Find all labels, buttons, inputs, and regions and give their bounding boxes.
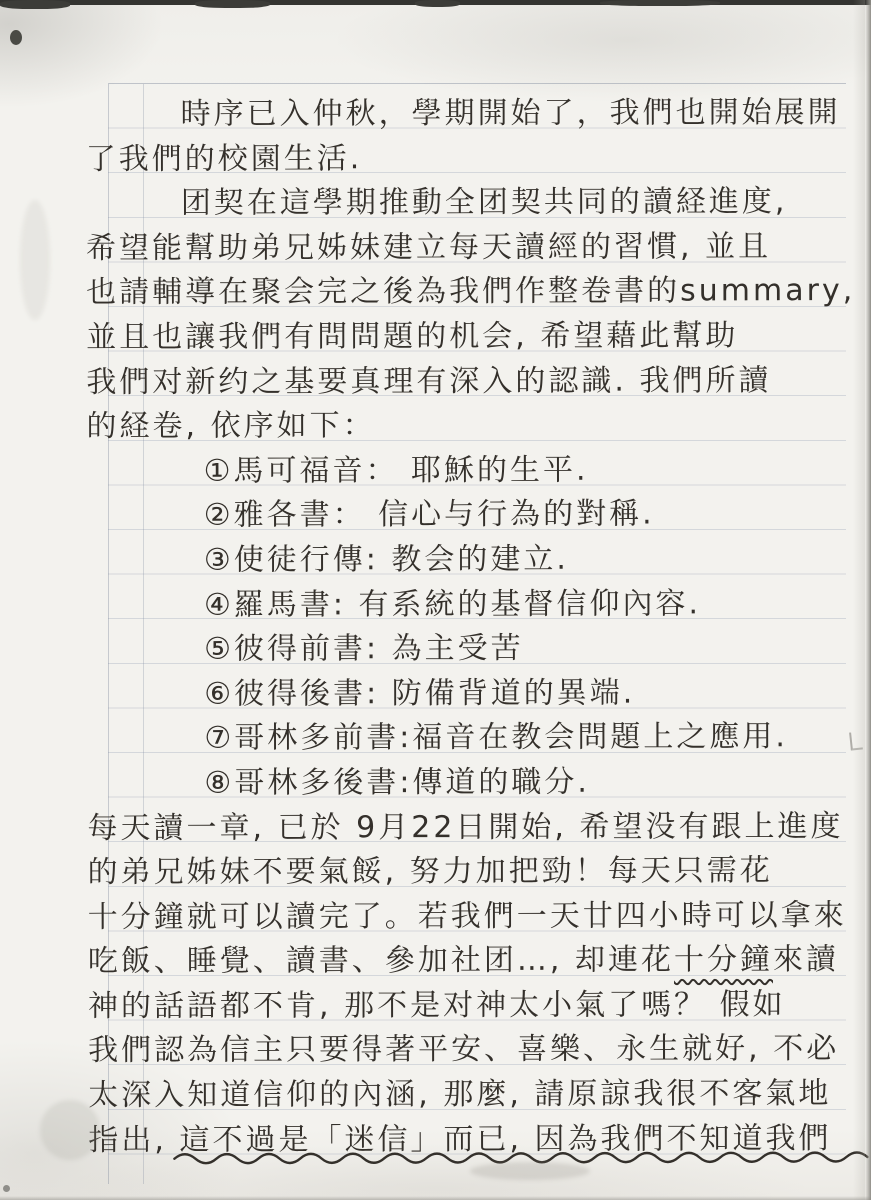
handwritten-line: ①馬可福音： 耶穌的生平. xyxy=(87,448,849,495)
scan-edge-blob xyxy=(195,0,270,8)
text-segment: 的経卷, 依序如下： xyxy=(86,408,375,444)
handwritten-line: 指出, 這不過是「迷信」而已, 因為我們不知道我們 xyxy=(88,1117,850,1164)
staple-mark xyxy=(10,30,22,45)
text-segment: 太深入知道信仰的內涵, 那麼, 請原諒我很不客氣地 xyxy=(88,1076,831,1113)
paper-smudge xyxy=(470,1162,590,1180)
scan-edge-blob xyxy=(600,0,720,6)
manuscript: 時序已入仲秋，學期開始了，我們也開始展開了我們的校園生活.团契在這學期推動全团契… xyxy=(86,91,851,1163)
wavy-underlined-text: 十分鐘 xyxy=(674,942,773,977)
corner-speck xyxy=(3,1185,10,1192)
handwritten-line: 的経卷, 依序如下： xyxy=(86,403,848,450)
handwritten-line: ⑥彼得後書: 防備背道的異端. xyxy=(87,671,849,718)
scanned-page: 時序已入仲秋，學期開始了，我們也開始展開了我們的校園生活.团契在這學期推動全团契… xyxy=(0,0,871,1200)
text-segment: ⑤彼得前書: 為主受苦 xyxy=(204,631,524,667)
text-segment: ③使徒行傳: 教会的建立. xyxy=(204,542,569,578)
scan-edge-blob xyxy=(0,0,70,9)
text-segment: 希望能幫助弟兄姊妹建立每天讀經的習慣, 並且 xyxy=(86,229,771,266)
text-segment: ④羅馬書: 有系統的基督信仰內容. xyxy=(204,586,701,622)
text-segment: 吃飯、睡覺、讀書、參加社团…, 却連花 xyxy=(88,943,674,980)
scan-right-shadow xyxy=(853,0,865,1200)
handwritten-line: ⑧哥林多後書:傳道的職分. xyxy=(87,760,849,807)
text-segment: 十分鐘就可以讀完了。若我們一天廿四小時可以拿來 xyxy=(88,898,847,935)
handwritten-line: 我們認為信主只要得著平安、喜樂、永生就好, 不必 xyxy=(88,1027,850,1074)
text-segment: 時序已入仲秋，學期開始了，我們也開始展開 xyxy=(181,95,841,132)
scan-bottom-edge xyxy=(0,1196,871,1200)
text-segment: 每天讀一章, 已於 9月22日開始, 希望没有跟上進度 xyxy=(87,809,843,846)
pencil-mark xyxy=(849,731,863,750)
handwritten-line: 团契在這學期推動全团契共同的讀経進度, xyxy=(86,180,848,227)
paper-smudge xyxy=(40,1100,100,1160)
text-segment: 团契在這學期推動全团契共同的讀経進度, xyxy=(181,184,788,221)
text-segment: 來讀 xyxy=(773,942,839,977)
handwritten-line: 每天讀一章, 已於 9月22日開始, 希望没有跟上進度 xyxy=(87,805,849,852)
scan-edge-blob xyxy=(415,0,460,7)
handwritten-line: 了我們的校園生活. xyxy=(86,136,848,183)
text-segment: ⑦哥林多前書:福音在教会問題上之應用. xyxy=(204,719,788,756)
text-segment: ⑧哥林多後書:傳道的職分. xyxy=(204,765,590,801)
handwritten-line: 我們对新约之基要真理有深入的認識. 我們所讀 xyxy=(86,359,848,406)
handwritten-line: 也請輔導在聚会完之後為我們作整卷書的summary, xyxy=(86,269,848,316)
text-segment: ⑥彼得後書: 防備背道的異端. xyxy=(204,675,635,711)
handwritten-line: ⑦哥林多前書:福音在教会問題上之應用. xyxy=(87,715,849,762)
text-segment: ②雅各書： 信心与行為的對稱. xyxy=(204,497,655,533)
paper-smudge xyxy=(20,200,50,320)
text-segment: 我們認為信主只要得著平安、喜樂、永生就好, 不必 xyxy=(88,1031,839,1068)
handwritten-line: 時序已入仲秋，學期開始了，我們也開始展開 xyxy=(86,91,848,138)
handwritten-line: 希望能幫助弟兄姊妹建立每天讀經的習慣, 並且 xyxy=(86,225,848,272)
handwritten-line: ⑤彼得前書: 為主受苦 xyxy=(87,626,849,673)
handwritten-line: ③使徒行傳: 教会的建立. xyxy=(87,537,849,584)
wavy-underlined-text: 這不過是「迷信」而已, 因為我們不知道我們 xyxy=(179,1121,831,1158)
scan-right-edge xyxy=(865,0,871,1200)
text-segment: 並且也讓我們有問問題的机会, 希望藉此幫助 xyxy=(86,318,738,355)
handwritten-line: 十分鐘就可以讀完了。若我們一天廿四小時可以拿來 xyxy=(88,894,850,941)
handwritten-line: ②雅各書： 信心与行為的對稱. xyxy=(87,492,849,539)
text-segment: ①馬可福音： 耶穌的生平. xyxy=(204,452,589,488)
handwritten-line: 太深入知道信仰的內涵, 那麼, 請原諒我很不客氣地 xyxy=(88,1072,850,1119)
text-segment: 的弟兄姊妹不要氣餒, 努力加把勁！每天只需花 xyxy=(88,853,773,890)
text-segment: 也請輔導在聚会完之後為我們作整卷書的summary, xyxy=(86,273,855,310)
handwritten-line: ④羅馬書: 有系統的基督信仰內容. xyxy=(87,582,849,629)
handwritten-line: 的弟兄姊妹不要氣餒, 努力加把勁！每天只需花 xyxy=(88,849,850,896)
text-segment: 指出, xyxy=(88,1122,179,1157)
handwritten-line: 吃飯、睡覺、讀書、參加社团…, 却連花十分鐘來讀 xyxy=(88,938,850,985)
text-segment: 我們对新约之基要真理有深入的認識. 我們所讀 xyxy=(86,363,771,400)
handwritten-line: 神的話語都不肯, 那不是对神太小氣了嗎？ 假如 xyxy=(88,983,850,1030)
text-segment: 神的話語都不肯, 那不是对神太小氣了嗎？ 假如 xyxy=(88,987,786,1024)
text-segment: 了我們的校園生活. xyxy=(86,141,363,177)
handwritten-line: 並且也讓我們有問問題的机会, 希望藉此幫助 xyxy=(86,314,848,361)
